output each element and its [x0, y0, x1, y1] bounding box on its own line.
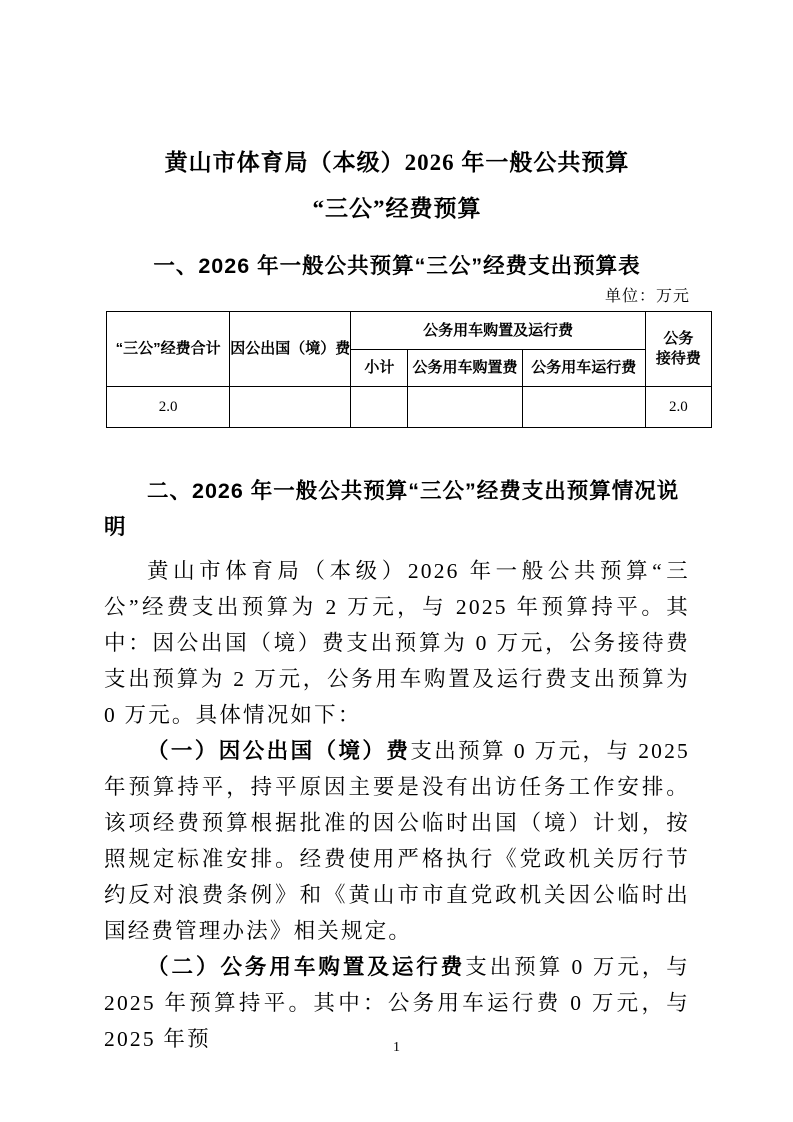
cell-abroad-value [230, 387, 351, 428]
header-total: “三公”经费合计 [107, 312, 230, 387]
document-title-line1: 黄山市体育局（本级）2026 年一般公共预算 [104, 140, 690, 186]
para-abroad-lead: （一）因公出国（境）费 [147, 739, 410, 763]
cell-reception-value: 2.0 [645, 387, 711, 428]
table-data-row: 2.0 2.0 [107, 387, 712, 428]
header-vehicle-subtotal: 小计 [351, 350, 408, 387]
page-number: 1 [0, 1038, 793, 1058]
section2-heading: 二、2026 年一般公共预算“三公”经费支出预算情况说明 [104, 473, 690, 545]
document-page: 黄山市体育局（本级）2026 年一般公共预算 “三公”经费预算 一、2026 年… [0, 0, 793, 1122]
document-content: 黄山市体育局（本级）2026 年一般公共预算 “三公”经费预算 一、2026 年… [0, 140, 793, 1057]
document-title-line2: “三公”经费预算 [104, 186, 690, 232]
table-header-row-1: “三公”经费合计 因公出国（境）费 公务用车购置及运行费 公务 接待费 [107, 312, 712, 350]
para-overview: 黄山市体育局（本级）2026 年一般公共预算“三公”经费支出预算为 2 万元，与… [104, 553, 690, 733]
document-title: 黄山市体育局（本级）2026 年一般公共预算 “三公”经费预算 [104, 140, 690, 232]
header-abroad: 因公出国（境）费 [230, 312, 351, 387]
header-vehicle-operation: 公务用车运行费 [522, 350, 645, 387]
para-abroad-body: 支出预算 0 万元，与 2025 年预算持平，持平原因主要是没有出访任务工作安排… [104, 739, 690, 943]
unit-note: 单位：万元 [104, 284, 690, 310]
header-vehicle-group: 公务用车购置及运行费 [351, 312, 645, 350]
cell-total-value: 2.0 [107, 387, 230, 428]
cell-vehicle-operation-value [522, 387, 645, 428]
para-abroad: （一）因公出国（境）费支出预算 0 万元，与 2025 年预算持平，持平原因主要… [104, 733, 690, 949]
section1-heading: 一、2026 年一般公共预算“三公”经费支出预算表 [104, 248, 690, 284]
para-vehicle-lead: （二）公务用车购置及运行费 [147, 955, 465, 979]
header-reception: 公务 接待费 [645, 312, 711, 387]
header-vehicle-purchase: 公务用车购置费 [408, 350, 522, 387]
cell-vehicle-subtotal-value [351, 387, 408, 428]
cell-vehicle-purchase-value [408, 387, 522, 428]
three-public-funds-table: “三公”经费合计 因公出国（境）费 公务用车购置及运行费 公务 接待费 小计 公… [106, 311, 712, 428]
